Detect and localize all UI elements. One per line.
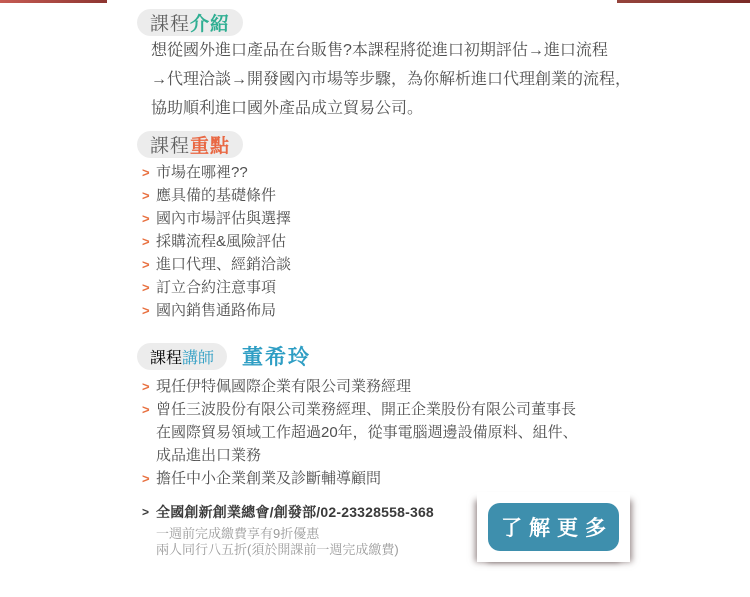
list-item: > 國內銷售通路佈局 — [142, 299, 291, 322]
chevron-bullet-icon: > — [142, 207, 156, 230]
instructor-title-prefix: 課程 — [150, 345, 182, 368]
chevron-bullet-icon: > — [142, 253, 156, 276]
list-item: > 採購流程&風險評估 — [142, 230, 291, 253]
highlights-title-prefix: 課程 — [150, 131, 190, 158]
chevron-bullet-icon: > — [142, 276, 156, 299]
list-item-text: 擔任中小企業創業及診斷輔導顧問 — [156, 467, 381, 490]
page-canvas: 課程介紹 想從國外進口產品在台販售?本課程將從進口初期評估→進口流程 →代理洽談… — [0, 0, 750, 597]
list-item-text: 進口代理、經銷洽談 — [156, 253, 291, 276]
chevron-bullet-icon: > — [142, 299, 156, 322]
instructor-title-pill: 課程講師 — [137, 343, 227, 370]
instructor-title-accent: 講師 — [182, 345, 214, 368]
list-item-text: 國內銷售通路佈局 — [156, 299, 276, 322]
list-item-text: 採購流程&風險評估 — [156, 230, 286, 253]
list-item: > 市場在哪裡?? — [142, 161, 291, 184]
contact-text: 全國創新創業總會/創發部/02-23328558-368 — [156, 503, 434, 521]
instructor-name: 董希玲 — [242, 341, 311, 371]
pricing-note: 一週前完成繳費享有9折優惠 — [156, 526, 434, 542]
list-item: > 現任伊特佩國際企業有限公司業務經理 — [142, 375, 642, 398]
highlights-list: > 市場在哪裡?? > 應具備的基礎條件 > 國內市場評估與選擇 > 採購流程&… — [142, 161, 291, 322]
cta-card: 了解更多 — [477, 492, 630, 562]
list-item: > 曾任三波股份有限公司業務經理、開正企業股份有限公司董事長 在國際貿易領域工作… — [142, 398, 642, 467]
list-item-text: 訂立合約注意事項 — [156, 276, 276, 299]
top-bar-right-decoration — [617, 0, 750, 3]
highlights-title-accent: 重點 — [190, 131, 230, 158]
chevron-bullet-icon: > — [142, 503, 156, 521]
chevron-bullet-icon: > — [142, 230, 156, 253]
instructor-list: > 現任伊特佩國際企業有限公司業務經理 > 曾任三波股份有限公司業務經理、開正企… — [142, 375, 642, 490]
pricing-notes: 一週前完成繳費享有9折優惠兩人同行八五折(須於開課前一週完成繳費) — [142, 526, 434, 558]
section-title-instructor: 課程講師 董希玲 — [137, 341, 311, 371]
list-item-text: 市場在哪裡?? — [156, 161, 248, 184]
intro-title-accent: 介紹 — [190, 9, 230, 36]
chevron-bullet-icon: > — [142, 467, 156, 490]
chevron-bullet-icon: > — [142, 375, 156, 398]
list-item: > 訂立合約注意事項 — [142, 276, 291, 299]
list-item: > 國內市場評估與選擇 — [142, 207, 291, 230]
chevron-bullet-icon: > — [142, 161, 156, 184]
list-item: > 應具備的基礎條件 — [142, 184, 291, 207]
section-title-intro: 課程介紹 — [137, 9, 243, 36]
list-item-text: 曾任三波股份有限公司業務經理、開正企業股份有限公司董事長 在國際貿易領域工作超過… — [156, 398, 578, 467]
intro-paragraph: 想從國外進口產品在台販售?本課程將從進口初期評估→進口流程 →代理洽談→開發國內… — [151, 36, 641, 123]
pricing-note: 兩人同行八五折(須於開課前一週完成繳費) — [156, 542, 434, 558]
chevron-bullet-icon: > — [142, 184, 156, 207]
learn-more-button[interactable]: 了解更多 — [488, 503, 619, 551]
contact-block: > 全國創新創業總會/創發部/02-23328558-368 一週前完成繳費享有… — [142, 503, 434, 558]
section-title-highlights: 課程重點 — [137, 131, 243, 158]
list-item-text: 國內市場評估與選擇 — [156, 207, 291, 230]
top-bar-left-decoration — [0, 0, 107, 3]
chevron-bullet-icon: > — [142, 398, 156, 421]
contact-line: > 全國創新創業總會/創發部/02-23328558-368 — [142, 503, 434, 521]
intro-title-prefix: 課程 — [150, 9, 190, 36]
list-item-text: 現任伊特佩國際企業有限公司業務經理 — [156, 375, 411, 398]
list-item: > 進口代理、經銷洽談 — [142, 253, 291, 276]
list-item: > 擔任中小企業創業及診斷輔導顧問 — [142, 467, 642, 490]
list-item-text: 應具備的基礎條件 — [156, 184, 276, 207]
